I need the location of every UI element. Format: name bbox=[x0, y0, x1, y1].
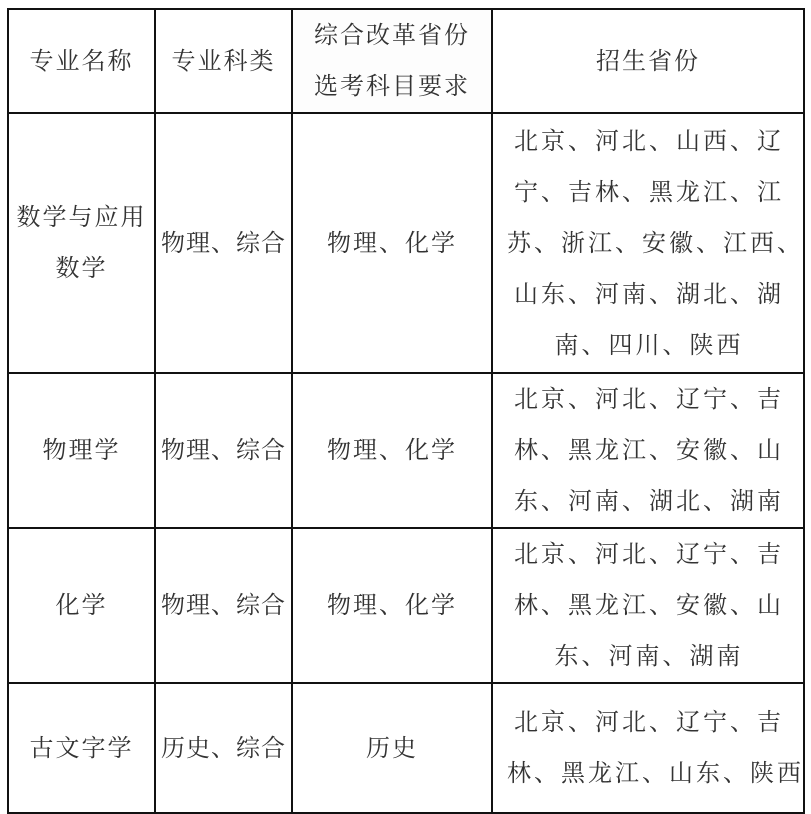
subject-requirement-text: 物理、化学 bbox=[327, 591, 457, 619]
major-category-text: 物理、综合 bbox=[161, 436, 286, 464]
enrollment-table: 专业名称 专业科类 综合改革省份 选考科目要求 招生省份 数学与应用 数学 物理… bbox=[7, 8, 805, 814]
cell-provinces: 北京、河北、辽宁、吉 林、黑龙江、山东、陕西 bbox=[492, 683, 804, 813]
major-category-text: 物理、综合 bbox=[161, 229, 286, 257]
header-major-category: 专业科类 bbox=[155, 9, 292, 113]
provinces-line: 宁、吉林、黑龙江、江 bbox=[507, 167, 791, 218]
cell-provinces: 北京、河北、山西、辽 宁、吉林、黑龙江、江 苏、浙江、安徽、江西、 山东、河南、… bbox=[492, 113, 804, 373]
provinces-line: 山东、河南、湖北、湖 bbox=[507, 269, 791, 320]
provinces-line: 东、河南、湖南 bbox=[507, 631, 791, 682]
provinces-line: 林、黑龙江、山东、陕西 bbox=[507, 748, 791, 799]
cell-major: 数学与应用 数学 bbox=[8, 113, 155, 373]
provinces-line: 林、黑龙江、安徽、山 bbox=[507, 425, 791, 476]
major-category-text: 历史、综合 bbox=[161, 734, 286, 762]
subject-requirement-text: 历史 bbox=[366, 734, 418, 762]
provinces-line: 林、黑龙江、安徽、山 bbox=[507, 580, 791, 631]
cell-provinces: 北京、河北、辽宁、吉 林、黑龙江、安徽、山 东、河南、湖北、湖南 bbox=[492, 373, 804, 528]
table-header-row: 专业名称 专业科类 综合改革省份 选考科目要求 招生省份 bbox=[8, 9, 804, 113]
provinces-line: 北京、河北、辽宁、吉 bbox=[507, 529, 791, 580]
cell-category: 物理、综合 bbox=[155, 373, 292, 528]
provinces-line: 北京、河北、辽宁、吉 bbox=[507, 374, 791, 425]
cell-major: 物理学 bbox=[8, 373, 155, 528]
provinces-text: 北京、河北、辽宁、吉 林、黑龙江、安徽、山 东、河南、湖南 bbox=[493, 529, 803, 682]
header-major-name: 专业名称 bbox=[8, 9, 155, 113]
header-provinces: 招生省份 bbox=[492, 9, 804, 113]
header-provinces-text: 招生省份 bbox=[596, 47, 700, 75]
cell-major: 古文字学 bbox=[8, 683, 155, 813]
table-row: 物理学 物理、综合 物理、化学 北京、河北、辽宁、吉 林、黑龙江、安徽、山 东、… bbox=[8, 373, 804, 528]
cell-subject-requirement: 物理、化学 bbox=[292, 373, 492, 528]
cell-provinces: 北京、河北、辽宁、吉 林、黑龙江、安徽、山 东、河南、湖南 bbox=[492, 528, 804, 683]
major-name-text: 物理学 bbox=[43, 436, 121, 464]
provinces-line: 苏、浙江、安徽、江西、 bbox=[507, 218, 791, 269]
provinces-line: 东、河南、湖北、湖南 bbox=[507, 476, 791, 527]
cell-subject-requirement: 物理、化学 bbox=[292, 528, 492, 683]
provinces-text: 北京、河北、山西、辽 宁、吉林、黑龙江、江 苏、浙江、安徽、江西、 山东、河南、… bbox=[493, 116, 803, 371]
cell-subject-requirement: 历史 bbox=[292, 683, 492, 813]
cell-category: 历史、综合 bbox=[155, 683, 292, 813]
major-name-line1: 数学与应用 bbox=[9, 192, 154, 243]
cell-category: 物理、综合 bbox=[155, 528, 292, 683]
header-major-category-text: 专业科类 bbox=[172, 47, 276, 75]
cell-subject-requirement: 物理、化学 bbox=[292, 113, 492, 373]
provinces-line: 南、四川、陕西 bbox=[507, 320, 791, 371]
header-subject-requirement: 综合改革省份 选考科目要求 bbox=[292, 9, 492, 113]
table-row: 数学与应用 数学 物理、综合 物理、化学 北京、河北、山西、辽 宁、吉林、黑龙江… bbox=[8, 113, 804, 373]
header-subject-req-line1: 综合改革省份 bbox=[293, 10, 491, 61]
major-category-text: 物理、综合 bbox=[161, 591, 286, 619]
provinces-line: 北京、河北、辽宁、吉 bbox=[507, 697, 791, 748]
cell-major: 化学 bbox=[8, 528, 155, 683]
provinces-line: 北京、河北、山西、辽 bbox=[507, 116, 791, 167]
table-row: 化学 物理、综合 物理、化学 北京、河北、辽宁、吉 林、黑龙江、安徽、山 东、河… bbox=[8, 528, 804, 683]
major-name-text: 化学 bbox=[56, 591, 108, 619]
header-major-name-text: 专业名称 bbox=[30, 47, 134, 75]
subject-requirement-text: 物理、化学 bbox=[327, 436, 457, 464]
cell-category: 物理、综合 bbox=[155, 113, 292, 373]
header-subject-req-line2: 选考科目要求 bbox=[293, 61, 491, 112]
table-row: 古文字学 历史、综合 历史 北京、河北、辽宁、吉 林、黑龙江、山东、陕西 bbox=[8, 683, 804, 813]
provinces-text: 北京、河北、辽宁、吉 林、黑龙江、山东、陕西 bbox=[493, 697, 803, 799]
major-name-text: 古文字学 bbox=[30, 734, 134, 762]
provinces-text: 北京、河北、辽宁、吉 林、黑龙江、安徽、山 东、河南、湖北、湖南 bbox=[493, 374, 803, 527]
major-name-line2: 数学 bbox=[9, 243, 154, 294]
subject-requirement-text: 物理、化学 bbox=[327, 229, 457, 257]
